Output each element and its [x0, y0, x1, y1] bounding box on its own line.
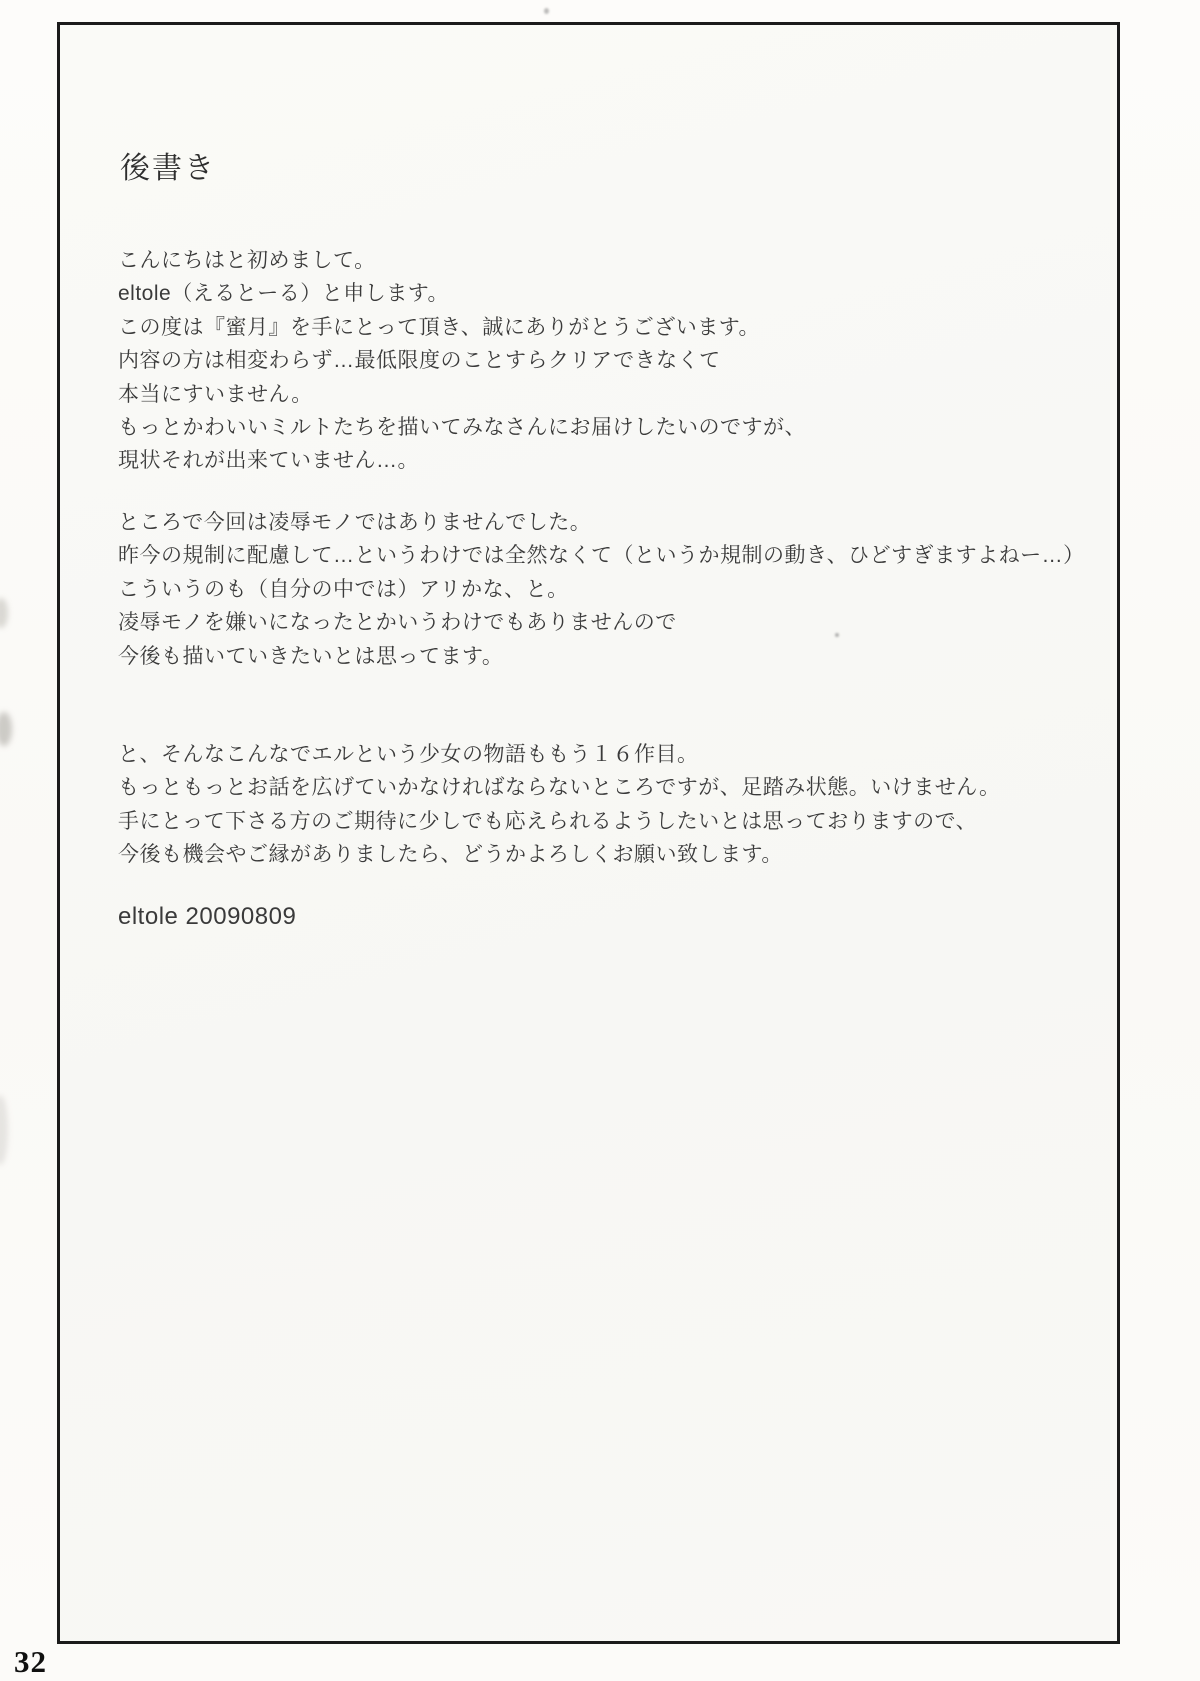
scan-smudge [0, 598, 8, 628]
body-line: もっとかわいいミルトたちを描いてみなさんにお届けしたいのですが、 [118, 411, 806, 444]
afterword-paragraph-1: こんにちはと初めまして。 eltole（えるとーる）と申します。 この度は『蜜月… [118, 244, 806, 478]
body-line: 今後も描いていきたいとは思ってます。 [118, 640, 1085, 673]
body-line: こんにちはと初めまして。 [118, 244, 806, 277]
body-line: 現状それが出来ていません…。 [118, 444, 806, 477]
author-signature: eltole 20090809 [118, 903, 296, 931]
body-line: 昨今の規制に配慮して…というわけでは全然なくて（というか規制の動き、ひどすぎます… [118, 539, 1085, 572]
body-line: もっともっとお話を広げていかなければならないところですが、足踏み状態。いけません… [118, 771, 1001, 804]
scanned-afterword-page: 後書き こんにちはと初めまして。 eltole（えるとーる）と申します。 この度… [0, 0, 1200, 1681]
body-line: 今後も機会やご縁がありましたら、どうかよろしくお願い致します。 [118, 838, 1001, 871]
scan-smudge [0, 1095, 8, 1165]
scan-smudge [0, 712, 12, 746]
afterword-paragraph-3: と、そんなこんなでエルという少女の物語ももう１６作目。 もっともっとお話を広げて… [118, 738, 1001, 872]
body-line: この度は『蜜月』を手にとって頂き、誠にありがとうございます。 [118, 311, 806, 344]
body-line: ところで今回は凌辱モノではありませんでした。 [118, 506, 1085, 539]
scan-speck [544, 8, 549, 14]
body-line: 手にとって下さる方のご期待に少しでも応えられるようしたいとは思っておりますので、 [118, 805, 1001, 838]
page-number: 32 [14, 1644, 47, 1680]
body-line: 本当にすいません。 [118, 378, 806, 411]
scan-speck [835, 633, 839, 637]
afterword-title: 後書き [120, 143, 216, 187]
body-line: eltole（えるとーる）と申します。 [118, 277, 806, 310]
body-line: こういうのも（自分の中では）アリかな、と。 [118, 573, 1085, 606]
body-line: 内容の方は相変わらず…最低限度のことすらクリアできなくて [118, 344, 806, 377]
afterword-paragraph-2: ところで今回は凌辱モノではありませんでした。 昨今の規制に配慮して…というわけで… [118, 506, 1085, 673]
body-line: と、そんなこんなでエルという少女の物語ももう１６作目。 [118, 738, 1001, 771]
body-line: 凌辱モノを嫌いになったとかいうわけでもありませんので [118, 606, 1085, 639]
